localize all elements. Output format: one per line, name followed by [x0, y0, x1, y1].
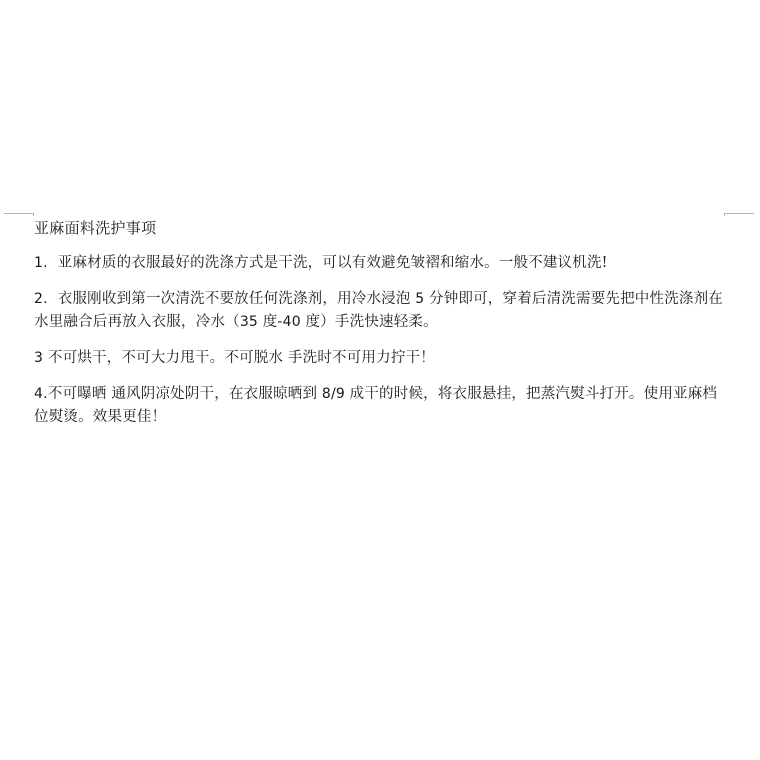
care-item-1: 1.亚麻材质的衣服最好的洗涤方式是干洗，可以有效避免皱褶和缩水。一般不建议机洗!: [34, 252, 724, 275]
margin-corner-mark-left: [4, 213, 34, 214]
margin-corner-mark-right: [724, 213, 754, 214]
temp-high: -40: [277, 314, 305, 330]
item-text: 度）手洗快速轻柔。: [306, 314, 438, 330]
document-body: 亚麻面料洗护事项 1.亚麻材质的衣服最好的洗涤方式是干洗，可以有效避免皱褶和缩水…: [34, 216, 724, 442]
document-title: 亚麻面料洗护事项: [34, 216, 724, 240]
item-number: 3: [34, 350, 43, 366]
care-item-4: 4.不可曝晒 通风阴凉处阴干，在衣服晾晒到 8/9 成干的时候，将衣服悬挂，把蒸…: [34, 383, 724, 429]
care-item-2: 2.衣服刚收到第一次清洗不要放任何洗涤剂，用冷水浸泡 5 分钟即可，穿着后清洗需…: [34, 288, 724, 334]
document-page: 亚麻面料洗护事项 1.亚麻材质的衣服最好的洗涤方式是干洗，可以有效避免皱褶和缩水…: [0, 0, 760, 760]
soak-minutes: 5: [411, 291, 429, 307]
item-text: 衣服刚收到第一次清洗不要放任何洗涤剂，用冷水浸泡: [58, 291, 411, 307]
item-number: 4.: [34, 386, 48, 402]
item-text: 不可烘干，不可大力甩干。不可脱水 手洗时不可用力拧干！: [43, 350, 435, 366]
item-number: 1.: [34, 255, 48, 271]
item-text: 度: [263, 314, 278, 330]
item-text: 不可曝晒 通风阴凉处阴干，在衣服晾晒到: [48, 386, 317, 402]
item-number: 2.: [34, 291, 48, 307]
temp-low: 35: [240, 314, 263, 330]
item-text: 亚麻材质的衣服最好的洗涤方式是干洗，可以有效避免皱褶和缩水。一般不建议机洗!: [58, 255, 608, 271]
dryness-ratio: 8/9: [317, 386, 349, 402]
care-item-3: 3 不可烘干，不可大力甩干。不可脱水 手洗时不可用力拧干！: [34, 347, 724, 370]
